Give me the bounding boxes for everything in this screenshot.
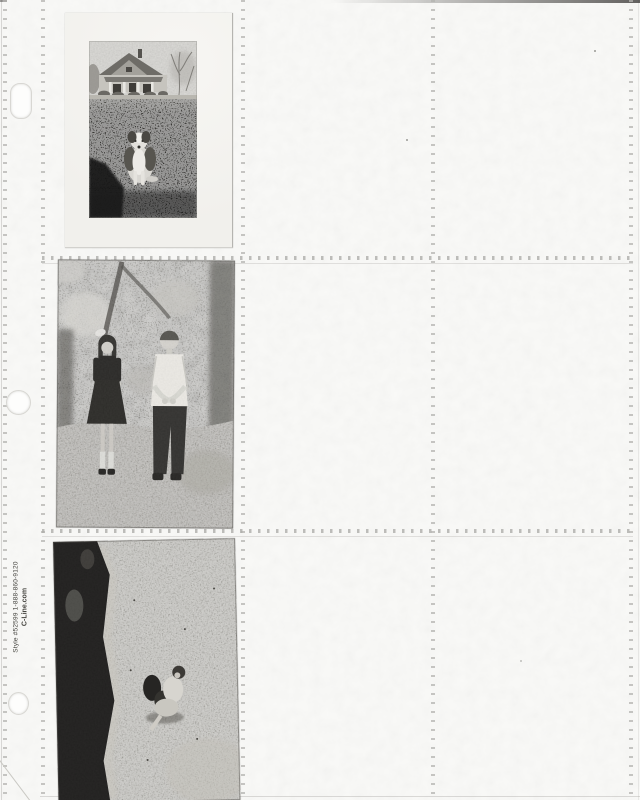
binder-hole-bottom xyxy=(8,692,29,715)
page-right-edge xyxy=(638,0,639,800)
binder-hole-top xyxy=(10,83,32,119)
photo-two-children-image xyxy=(56,259,235,528)
pocket-r3c3 xyxy=(431,530,629,800)
photo-house-and-dog xyxy=(65,13,233,248)
photo-album-sheet: Style #52599 1-888-860-9120 C-Line.com xyxy=(0,0,640,800)
photo-two-children xyxy=(56,259,235,528)
seam-right-edge xyxy=(629,0,633,800)
pocket-r3c2 xyxy=(241,530,431,800)
pocket-r1c3 xyxy=(431,0,629,257)
pocket-r2c3 xyxy=(431,257,629,530)
photo-house-and-dog-image xyxy=(89,41,197,218)
pocket-r1c2 xyxy=(241,0,431,257)
pocket-r2c2 xyxy=(241,257,431,530)
photo-figures-in-field xyxy=(53,538,240,800)
edge-imprint: Style #52599 1-888-860-9120 C-Line.com xyxy=(13,527,30,687)
edge-imprint-brand: C-Line.com xyxy=(21,527,30,687)
photo-figures-in-field-image xyxy=(53,538,240,800)
edge-imprint-style-line: Style #52599 1-888-860-9120 xyxy=(13,527,21,687)
binder-hole-middle xyxy=(6,390,31,415)
page-left-edge xyxy=(1,0,2,800)
